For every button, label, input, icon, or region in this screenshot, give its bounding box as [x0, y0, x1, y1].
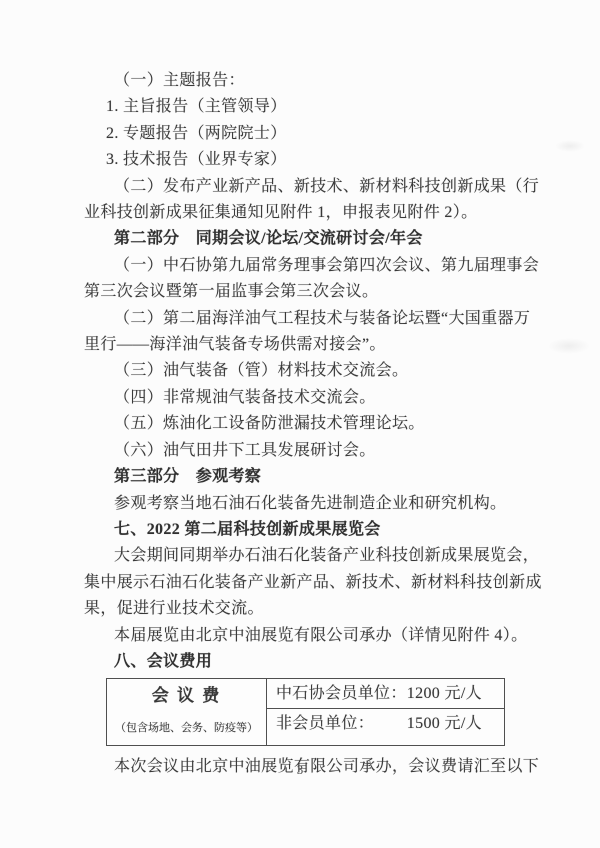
text-line: 大会期间同期举办石油石化装备产业科技创新成果展览会， — [84, 543, 546, 569]
fee-title: 会 议 费 — [152, 683, 222, 709]
section-heading: 八、会议费用 — [84, 649, 546, 675]
table-row: 非会员单位： 1500 元/人 — [267, 709, 504, 739]
table-row: 中石协会员单位： 1200 元/人 — [267, 679, 504, 709]
fee-row-label: 中石协会员单位： — [276, 681, 407, 707]
text-line: 业科技创新成果征集通知见附件 1，申报表见附件 2）。 — [84, 200, 546, 226]
text-line: 1. 主旨报告（主管领导） — [84, 94, 546, 120]
text-line: （一）主题报告： — [84, 68, 546, 94]
fee-row-label: 非会员单位： — [276, 711, 374, 737]
document-body: （一）主题报告： 1. 主旨报告（主管领导） 2. 专题报告（两院院士） 3. … — [84, 68, 546, 781]
fee-row-value: 1500 元/人 — [407, 711, 482, 737]
text-line: 集中展示石油石化装备产业新产品、新技术、新材料科技创新成 — [84, 570, 546, 596]
fee-table: 会 议 费 （包含场地、会务、防疫等） 中石协会员单位： 1200 元/人 非会… — [106, 678, 505, 746]
text-line: （三）油气装备（管）材料技术交流会。 — [84, 358, 546, 384]
text-line: 里行——海洋油气装备专场供需对接会”。 — [84, 332, 546, 358]
text-line: （二）第二届海洋油气工程技术与装备论坛暨“大国重器万 — [84, 306, 546, 332]
fee-table-rows: 中石协会员单位： 1200 元/人 非会员单位： 1500 元/人 — [267, 679, 504, 745]
fee-row-value: 1200 元/人 — [407, 681, 482, 707]
section-heading: 第二部分 同期会议/论坛/交流研讨会/年会 — [84, 226, 546, 252]
text-line: （六）油气田井下工具发展研讨会。 — [84, 438, 546, 464]
scan-smudge — [548, 338, 590, 354]
text-line: 果，促进行业技术交流。 — [84, 596, 546, 622]
text-line: 2. 专题报告（两院院士） — [84, 121, 546, 147]
section-heading: 第三部分 参观考察 — [84, 464, 546, 490]
text-line: （五）炼油化工设备防泄漏技术管理论坛。 — [84, 411, 546, 437]
text-line: 本届展览由北京中油展览有限公司承办（详情见附件 4）。 — [84, 623, 546, 649]
text-line: 参观考察当地石油石化装备先进制造企业和研究机构。 — [84, 491, 546, 517]
section-heading: 七、2022 第二届科技创新成果展览会 — [84, 517, 546, 543]
text-line: 第三次会议暨第一届监事会第三次会议。 — [84, 279, 546, 305]
text-line: （四）非常规油气装备技术交流会。 — [84, 385, 546, 411]
document-page: （一）主题报告： 1. 主旨报告（主管领导） 2. 专题报告（两院院士） 3. … — [0, 0, 600, 848]
text-line: （一）中石协第九届常务理事会第四次会议、第九届理事会 — [84, 253, 546, 279]
fee-note: （包含场地、会务、防疫等） — [115, 715, 258, 741]
scan-smudge — [555, 140, 585, 152]
text-line: 3. 技术报告（业界专家） — [84, 147, 546, 173]
text-line: （二）发布产业新产品、新技术、新材料科技创新成果（行 — [84, 174, 546, 200]
fee-table-header-cell: 会 议 费 （包含场地、会务、防疫等） — [107, 679, 267, 745]
page-number: 3 — [0, 762, 600, 778]
